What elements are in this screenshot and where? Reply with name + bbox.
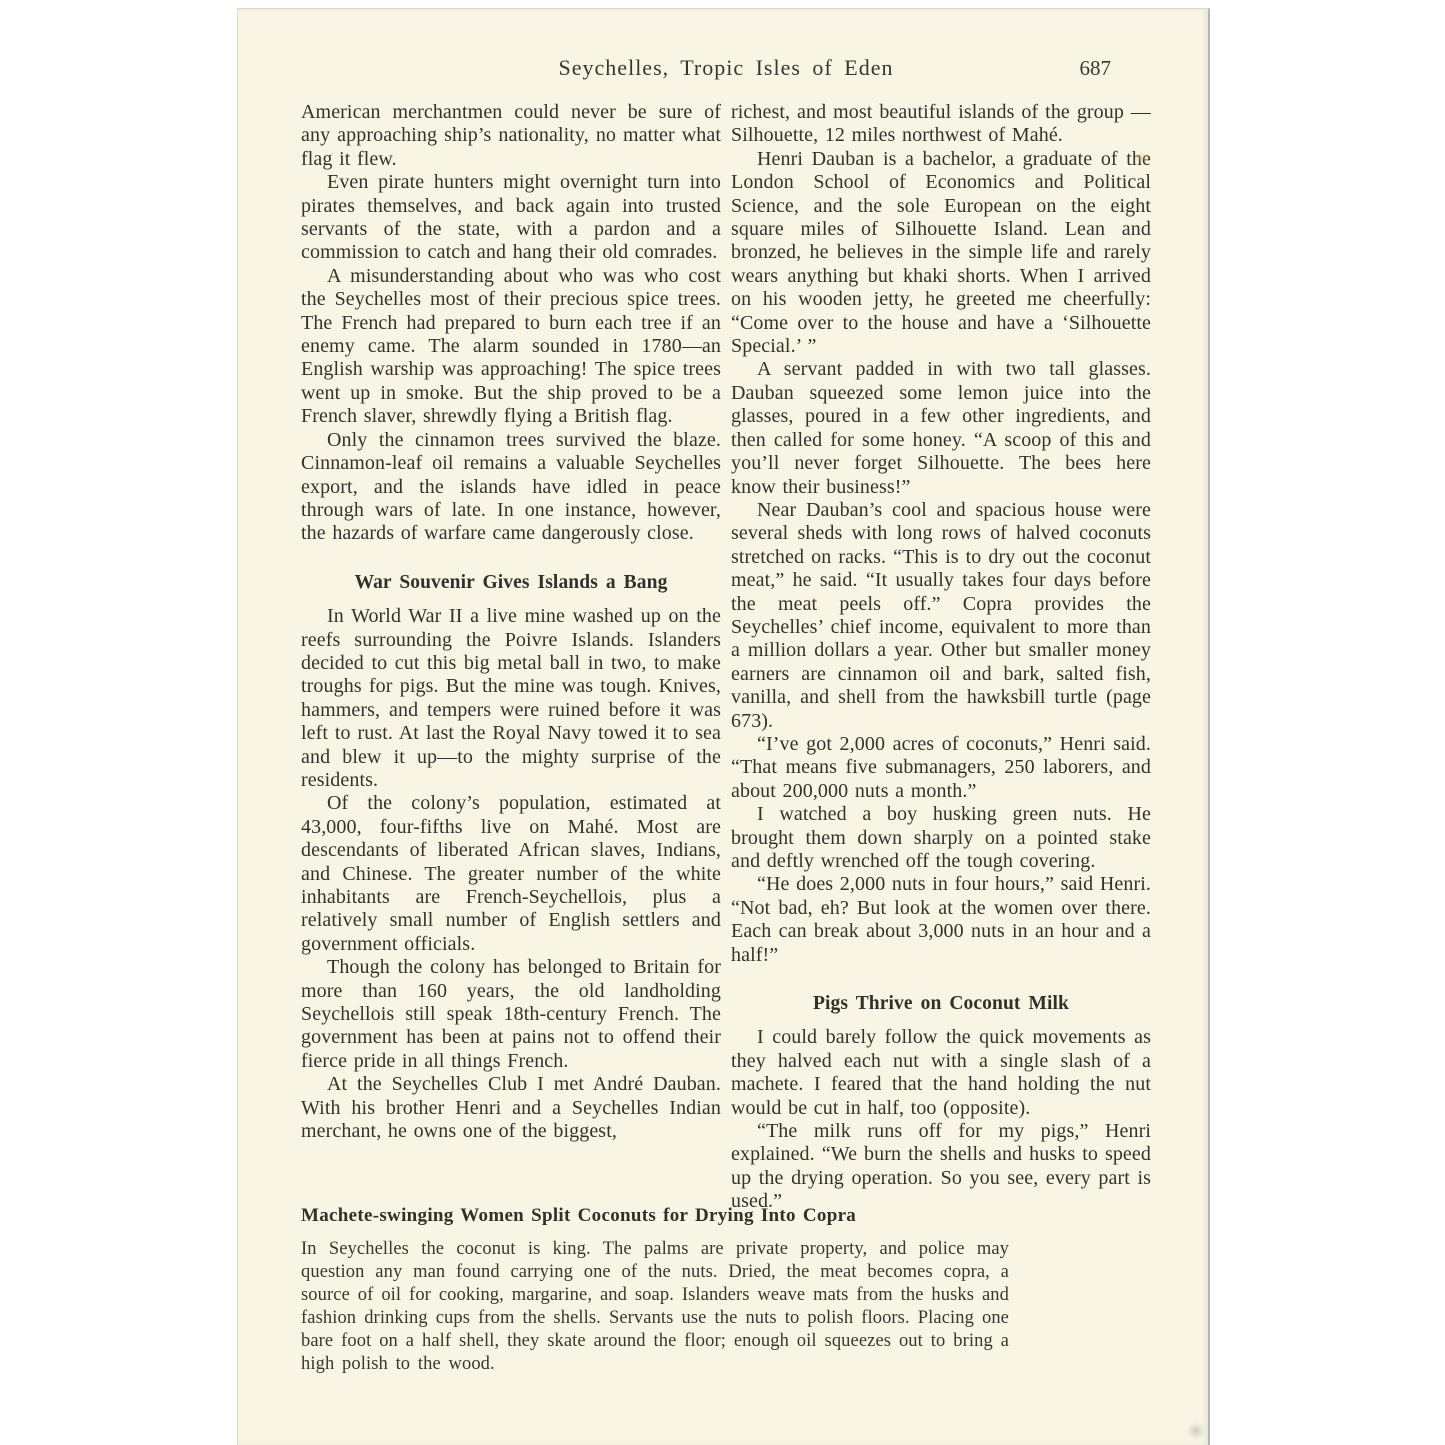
section-subheading: Pigs Thrive on Coconut Milk [731, 992, 1151, 1015]
right-column: richest, and most beautiful islands of t… [731, 101, 1151, 1214]
paragraph: “The milk runs off for my pigs,” Henri e… [731, 1120, 1151, 1214]
paragraph: Though the colony has belonged to Britai… [301, 956, 721, 1073]
section-subheading: War Souvenir Gives Islands a Bang [301, 571, 721, 594]
magazine-page: Seychelles, Tropic Isles of Eden 687 Ame… [237, 8, 1210, 1445]
paper-smudge [1186, 1421, 1206, 1441]
page-number: 687 [1080, 56, 1112, 81]
page-header: Seychelles, Tropic Isles of Eden 687 [301, 55, 1151, 85]
page-content: Seychelles, Tropic Isles of Eden 687 Ame… [301, 9, 1151, 1214]
paragraph: Only the cinnamon trees survived the bla… [301, 429, 721, 546]
paragraph: In World War II a live mine washed up on… [301, 605, 721, 792]
paragraph: A servant padded in with two tall glasse… [731, 358, 1151, 498]
paragraph: Of the colony’s population, estimated at… [301, 792, 721, 956]
paragraph: At the Seychelles Club I met André Dauba… [301, 1073, 721, 1143]
paragraph: “He does 2,000 nuts in four hours,” said… [731, 873, 1151, 967]
caption-text: In Seychelles the coconut is king. The p… [301, 1238, 1009, 1376]
paragraph: American merchantmen could never be sure… [301, 101, 721, 171]
paragraph: Even pirate hunters might overnight turn… [301, 171, 721, 265]
left-column: American merchantmen could never be sure… [301, 101, 721, 1214]
paragraph: “I’ve got 2,000 acres of coconuts,” Henr… [731, 733, 1151, 803]
paragraph: Near Dauban’s cool and spacious house we… [731, 499, 1151, 733]
page-title: Seychelles, Tropic Isles of Eden [559, 55, 894, 80]
paragraph: richest, and most beautiful islands of t… [731, 101, 1151, 148]
two-column-body: American merchantmen could never be sure… [301, 101, 1151, 1214]
caption-heading: Machete-swinging Women Split Coconuts fo… [301, 1205, 1009, 1227]
photo-caption-block: Machete-swinging Women Split Coconuts fo… [301, 1205, 1009, 1376]
paragraph: A misunderstanding about who was who cos… [301, 265, 721, 429]
paragraph: I could barely follow the quick movement… [731, 1026, 1151, 1120]
paragraph: Henri Dauban is a bachelor, a graduate o… [731, 148, 1151, 359]
paragraph: I watched a boy husking green nuts. He b… [731, 803, 1151, 873]
